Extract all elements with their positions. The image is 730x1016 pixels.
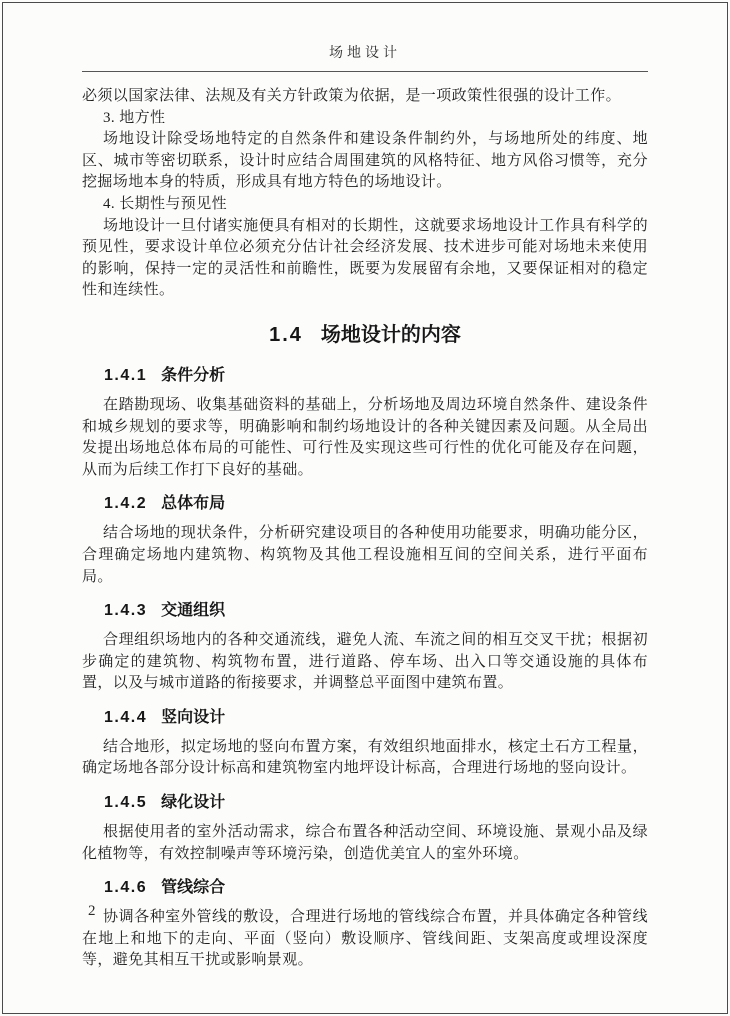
subsection-title-text: 条件分析 xyxy=(161,367,225,384)
subsection-number: 1.4.3 xyxy=(104,602,147,619)
running-head: 场地设计 xyxy=(82,46,648,62)
subsection-paragraph-5: 根据使用者的室外活动需求，综合布置各种活动空间、环境设施、景观小品及绿化植物等，… xyxy=(82,822,648,865)
subsection-title-text: 交通组织 xyxy=(161,602,225,619)
subsection-number: 1.4.4 xyxy=(104,709,147,726)
numbered-item-4: 4. 长期性与预见性 xyxy=(82,194,648,216)
subsection-number: 1.4.5 xyxy=(104,794,147,811)
subsection-number: 1.4.2 xyxy=(104,495,147,512)
section-title-text: 场地设计的内容 xyxy=(321,324,461,346)
page-content: 场地设计 必须以国家法律、法规及有关方针政策为依据，是一项政策性很强的设计工作。… xyxy=(0,0,730,972)
subsection-title-text: 总体布局 xyxy=(161,495,225,512)
paragraph-item-3: 场地设计除受场地特定的自然条件和建设条件制约外，与场地所处的纬度、地区、城市等密… xyxy=(82,129,648,194)
subsection-title-text: 管线综合 xyxy=(161,879,225,896)
subsection-heading-6: 1.4.6管线综合 xyxy=(82,878,648,898)
section-number: 1.4 xyxy=(269,324,303,346)
subsection-heading-2: 1.4.2总体布局 xyxy=(82,494,648,514)
paragraph-continuation: 必须以国家法律、法规及有关方针政策为依据，是一项政策性很强的设计工作。 xyxy=(82,86,648,108)
subsection-paragraph-3: 合理组织场地内的各种交通流线，避免人流、车流之间的相互交叉干扰；根据初步确定的建… xyxy=(82,630,648,695)
subsection-paragraph-6: 协调各种室外管线的敷设，合理进行场地的管线综合布置，并具体确定各种管线在地上和地… xyxy=(82,907,648,972)
paragraph-item-4: 场地设计一旦付诸实施便具有相对的长期性，这就要求场地设计工作具有科学的预见性，要… xyxy=(82,216,648,302)
section-title: 1.4场地设计的内容 xyxy=(82,322,648,348)
subsection-number: 1.4.1 xyxy=(104,367,147,384)
subsection-heading-3: 1.4.3交通组织 xyxy=(82,601,648,621)
header-rule xyxy=(82,71,648,72)
page-body: 必须以国家法律、法规及有关方针政策为依据，是一项政策性很强的设计工作。 3. 地… xyxy=(82,86,648,972)
subsection-paragraph-2: 结合场地的现状条件，分析研究建设项目的各种使用功能要求，明确功能分区，合理确定场… xyxy=(82,523,648,588)
subsection-number: 1.4.6 xyxy=(104,879,147,896)
numbered-item-3: 3. 地方性 xyxy=(82,108,648,130)
subsection-title-text: 绿化设计 xyxy=(161,794,225,811)
subsection-heading-4: 1.4.4竖向设计 xyxy=(82,708,648,728)
subsection-heading-1: 1.4.1条件分析 xyxy=(82,366,648,386)
page-number: 2 xyxy=(88,903,96,920)
document-page: 场地设计 必须以国家法律、法规及有关方针政策为依据，是一项政策性很强的设计工作。… xyxy=(0,0,730,1016)
subsection-paragraph-4: 结合地形，拟定场地的竖向布置方案，有效组织地面排水，核定土石方工程量，确定场地各… xyxy=(82,737,648,780)
subsection-paragraph-1: 在踏勘现场、收集基础资料的基础上，分析场地及周边环境自然条件、建设条件和城乡规划… xyxy=(82,395,648,481)
subsection-title-text: 竖向设计 xyxy=(161,709,225,726)
page-header: 场地设计 xyxy=(82,0,648,72)
subsection-heading-5: 1.4.5绿化设计 xyxy=(82,793,648,813)
